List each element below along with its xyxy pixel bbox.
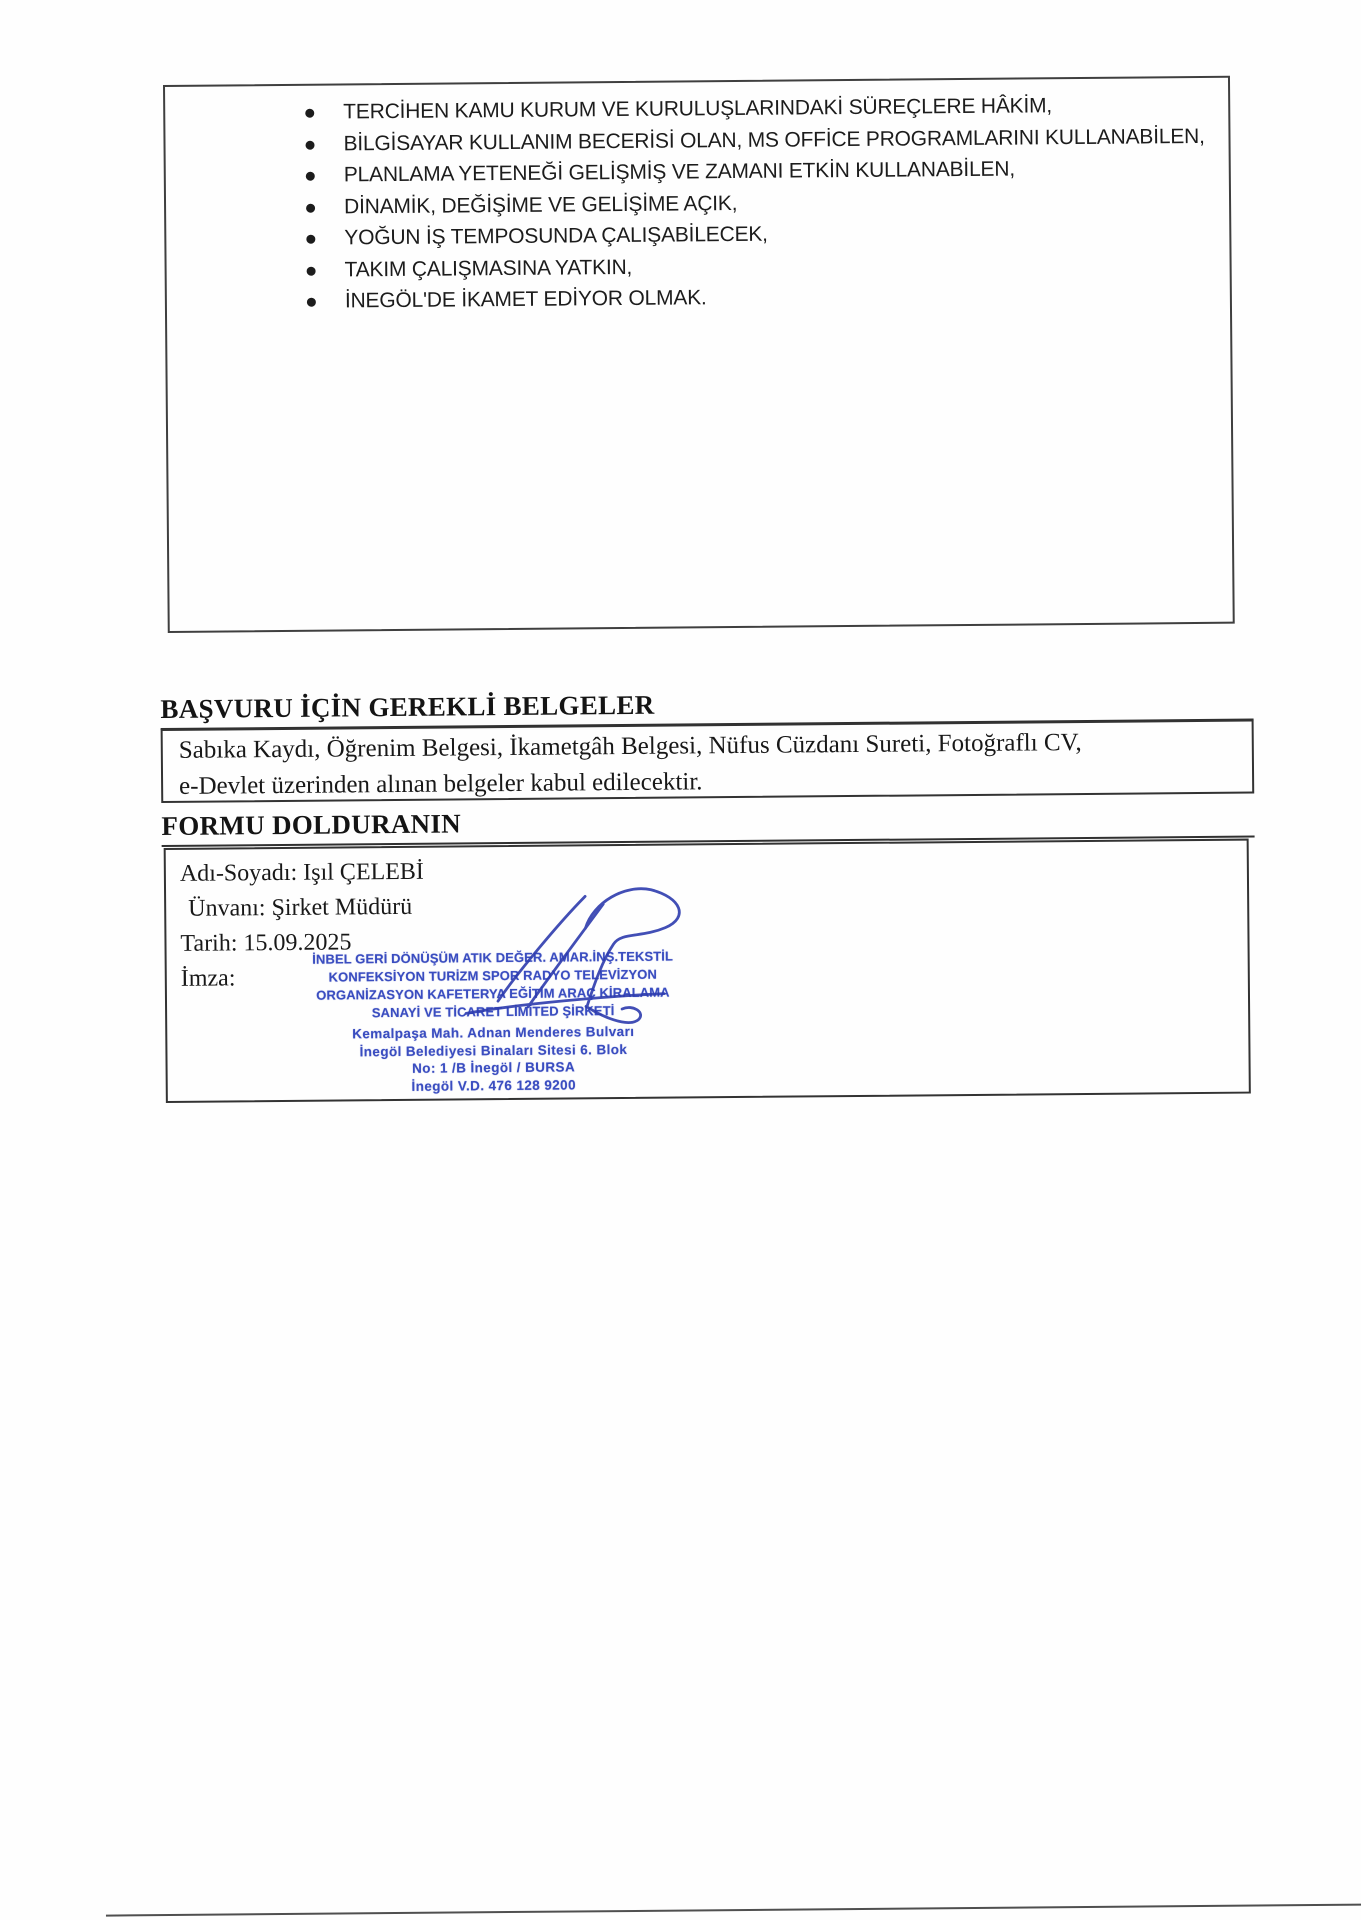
requirement-text: YOĞUN İŞ TEMPOSUNDA ÇALIŞABİLECEK, — [344, 223, 768, 250]
bullet-icon — [306, 235, 315, 244]
requirement-text: TERCİHEN KAMU KURUM VE KURULUŞLARINDAKİ … — [343, 94, 1052, 123]
bullet-icon — [306, 172, 315, 181]
bullet-icon — [306, 203, 315, 212]
bullet-icon — [307, 266, 316, 275]
scanned-page: TERCİHEN KAMU KURUM VE KURULUŞLARINDAKİ … — [0, 0, 1361, 1920]
bullet-icon — [305, 109, 314, 118]
requirements-box: TERCİHEN KAMU KURUM VE KURULUŞLARINDAKİ … — [163, 76, 1235, 633]
bullet-icon — [305, 140, 314, 149]
required-documents-box: Sabıka Kaydı, Öğrenim Belgesi, İkametgâh… — [161, 720, 1255, 804]
requirement-text: PLANLAMA YETENEĞİ GELİŞMİŞ VE ZAMANI ETK… — [344, 158, 1015, 187]
requirement-text: BİLGİSAYAR KULLANIM BECERİSİ OLAN, MS OF… — [343, 124, 1204, 155]
page-edge-line — [106, 1903, 1361, 1916]
signature — [435, 881, 721, 1043]
stamp-address-line: İnegöl V.D. 476 128 9200 — [294, 1075, 694, 1096]
requirement-text: TAKIM ÇALIŞMASINA YATKIN, — [345, 255, 633, 281]
requirement-text: İNEGÖL'DE İKAMET EDİYOR OLMAK. — [345, 286, 707, 312]
bullet-icon — [307, 298, 316, 307]
requirement-text: DİNAMİK, DEĞİŞİME VE GELİŞİME AÇIK, — [344, 191, 737, 217]
scan-skew-wrapper: TERCİHEN KAMU KURUM VE KURULUŞLARINDAKİ … — [0, 0, 1361, 1920]
requirements-list: TERCİHEN KAMU KURUM VE KURULUŞLARINDAKİ … — [165, 89, 1230, 319]
